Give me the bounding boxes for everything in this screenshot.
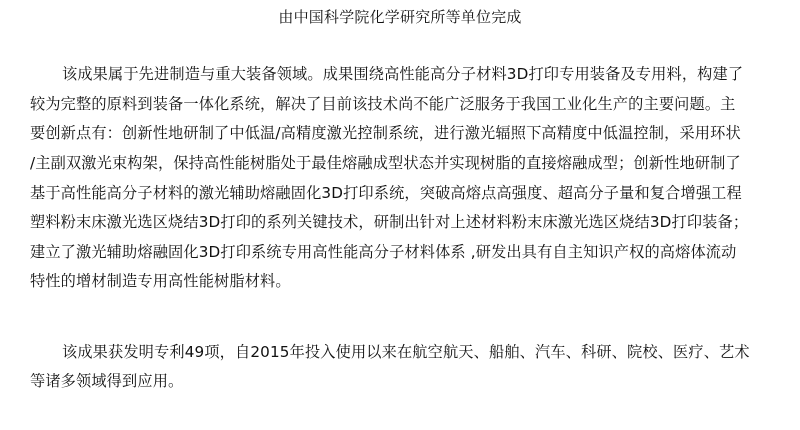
paragraph-1-line-1: 该成果属于先进制造与重大装备领域。成果围绕高性能高分子材料3D打印专用装备及专用… <box>62 63 743 85</box>
paragraph-1-line-6: 塑料粉末床激光选区烧结3D打印的系列关键技术，研制出针对上述材料粉末床激光选区烧… <box>30 211 748 233</box>
paragraph-1-line-3: 要创新点有：创新性地研制了中低温/高精度激光控制系统，进行激光辐照下高精度中低温… <box>30 122 741 144</box>
paragraph-1-line-4: /主副双激光束构架，保持高性能树脂处于最佳熔融成型状态并实现树脂的直接熔融成型；… <box>30 152 741 174</box>
paragraph-2-line-1: 该成果获发明专利49项，自2015年投入使用以来在航空航天、船舶、汽车、科研、院… <box>62 341 750 363</box>
paragraph-1-line-8: 特性的增材制造专用高性能树脂材料。 <box>30 270 291 292</box>
document-title: 由中国科学院化学研究所等单位完成 <box>0 6 800 28</box>
paragraph-1-line-2: 较为完整的原料到装备一体化系统，解决了目前该技术尚不能广泛服务于我国工业化生产的… <box>30 93 736 115</box>
paragraph-1-line-7: 建立了激光辅助熔融固化3D打印系统专用高性能高分子材料体系 ,研发出具有自主知识… <box>30 241 736 263</box>
paragraph-2-line-2: 等诸多领域得到应用。 <box>30 370 183 392</box>
paragraph-1-line-5: 基于高性能高分子材料的激光辅助熔融固化3D打印系统，突破高熔点高强度、超高分子量… <box>30 182 742 204</box>
